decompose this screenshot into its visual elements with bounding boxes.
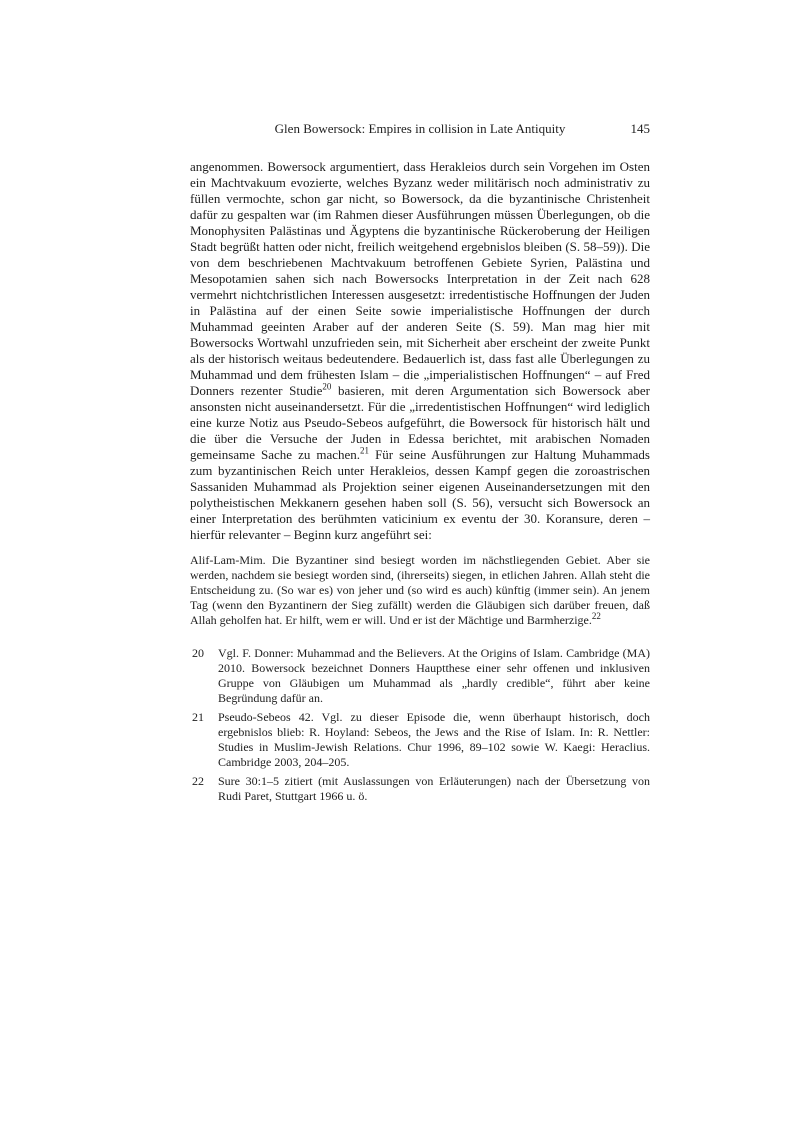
body-paragraph: angenommen. Bowersock argumentiert, dass…	[190, 159, 650, 543]
footnote-number: 22	[190, 774, 218, 804]
document-page: Glen Bowersock: Empires in collision in …	[0, 0, 800, 1131]
running-title: Glen Bowersock: Empires in collision in …	[275, 121, 566, 137]
footnote-ref-22: 22	[592, 611, 601, 621]
running-header: Glen Bowersock: Empires in collision in …	[190, 121, 650, 137]
footnote-ref-20: 20	[322, 382, 331, 392]
footnote-item-22: 22 Sure 30:1–5 zitiert (mit Auslassungen…	[190, 774, 650, 804]
footnote-item-21: 21 Pseudo-Sebeos 42. Vgl. zu dieser Epis…	[190, 710, 650, 770]
footnote-item-20: 20 Vgl. F. Donner: Muhammad and the Beli…	[190, 646, 650, 706]
text-column: Glen Bowersock: Empires in collision in …	[190, 121, 650, 808]
koran-sura-quote: Alif-Lam-Mim. Die Byzantiner sind besieg…	[190, 553, 650, 628]
footnote-number: 21	[190, 710, 218, 770]
footnote-text: Sure 30:1–5 zitiert (mit Auslassungen vo…	[218, 774, 650, 804]
page-number: 145	[631, 121, 651, 137]
footnote-text: Pseudo-Sebeos 42. Vgl. zu dieser Episode…	[218, 710, 650, 770]
footnote-ref-21: 21	[360, 446, 369, 456]
quote-text: Alif-Lam-Mim. Die Byzantiner sind besieg…	[190, 553, 650, 627]
body-text-part-1: angenommen. Bowersock argumentiert, dass…	[190, 159, 650, 398]
footnote-text: Vgl. F. Donner: Muhammad and the Believe…	[218, 646, 650, 706]
footnotes-section: 20 Vgl. F. Donner: Muhammad and the Beli…	[190, 646, 650, 804]
footnote-number: 20	[190, 646, 218, 706]
